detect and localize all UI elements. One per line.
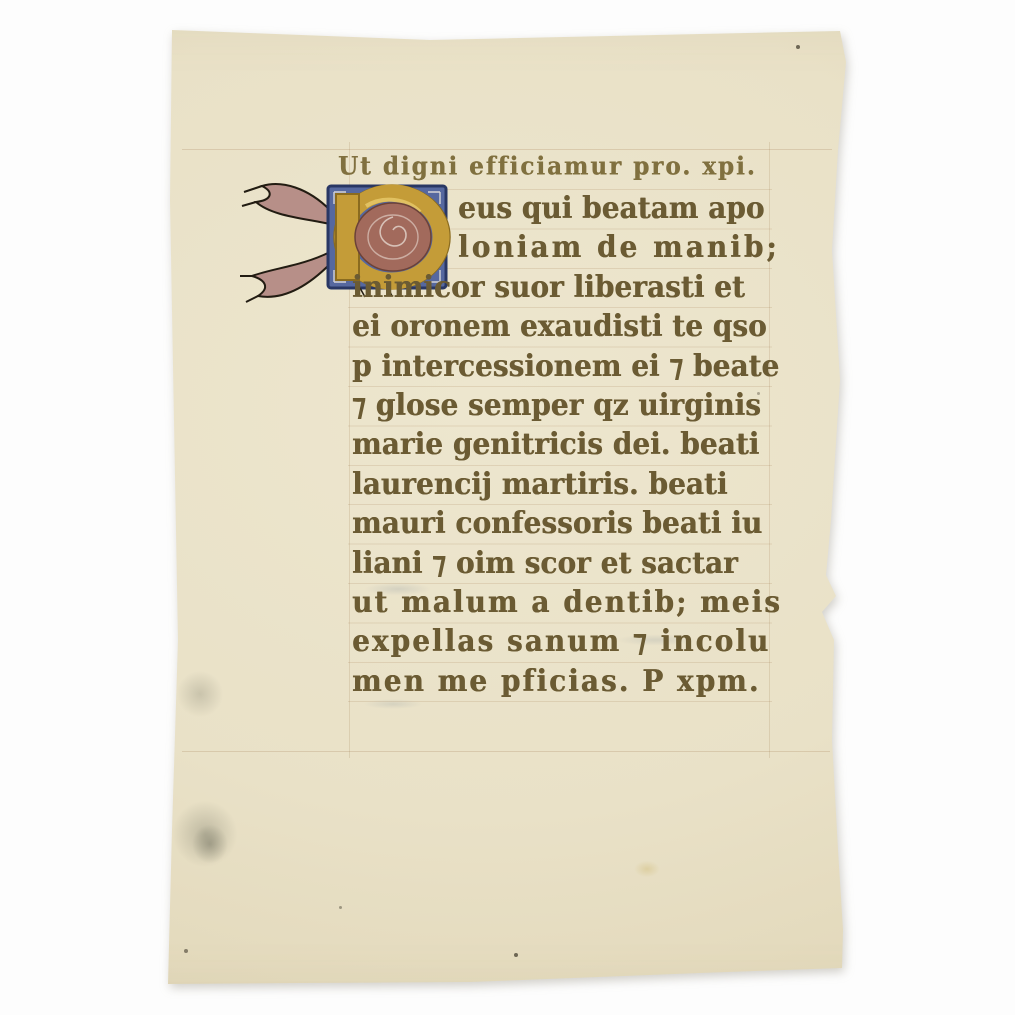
manuscript-text-line: expellas sanum ⁊ incolu [352,623,770,659]
stain [630,858,664,880]
manuscript-text-line: mauri confessoris beati iu [352,505,762,541]
initial-letter-value: D [0,0,1,1]
stain [168,662,232,726]
show-through-mark [352,697,434,711]
manuscript-text-line: ei oronem exaudisti te qso [352,308,767,344]
manuscript-text-line: inimicor suor liberasti et [352,269,745,305]
manuscript-text-line: ut malum a dentib; meis [352,584,782,620]
ruling-line-bottom [182,751,830,752]
initial-rose-counter [355,203,431,271]
ruling-line-top [182,149,832,150]
speck [796,45,800,49]
manuscript-text-line: loniam de manib; [458,229,780,265]
manuscript-text-line: marie genitricis dei. beati [352,426,759,462]
manuscript-text-line: ⁊ glose semper qz uirginis [352,387,761,423]
speck [514,953,518,957]
manuscript-text-line: laurencij martiris. beati [352,466,727,502]
manuscript-text-line: liani ⁊ oim scor et sactar [352,545,738,581]
photo-background: Ut digni efficiamur pro. xpi. [0,0,1015,1015]
speck [184,949,188,953]
speck [339,906,342,909]
manuscript-leaf: Ut digni efficiamur pro. xpi. [0,0,1015,1015]
manuscript-text-line: p intercessionem ei ⁊ beate [352,348,779,384]
initial-horn-bottom [252,252,330,297]
stain [186,818,234,870]
initial-horn-top [256,184,330,224]
manuscript-text-line: eus qui beatam apo [458,190,764,226]
manuscript-text-line: men me pficias. P xpm. [352,663,761,699]
